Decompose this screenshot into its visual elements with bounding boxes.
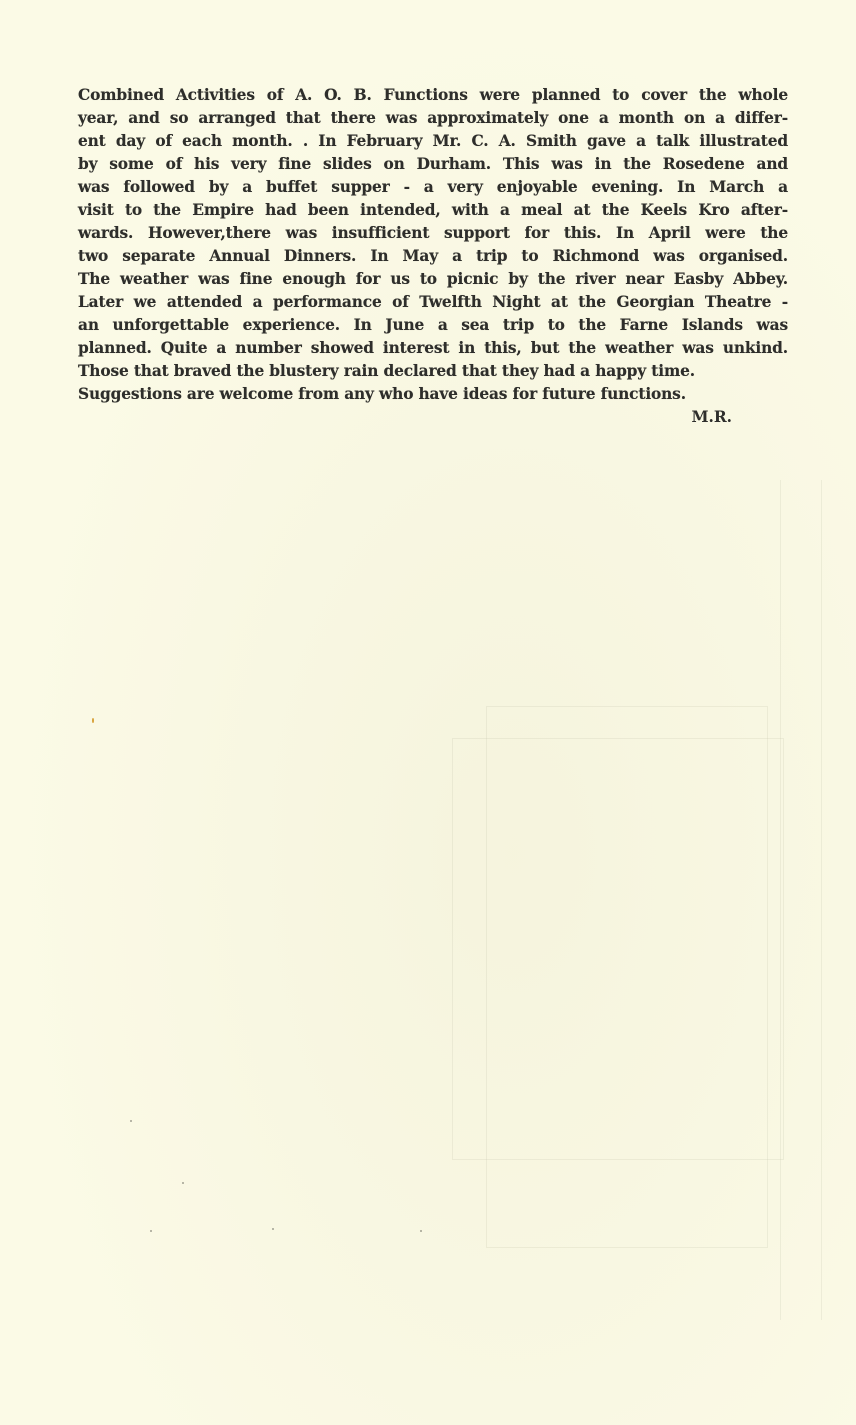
paragraph-line: Later we attended a performance of Twelf… bbox=[78, 291, 788, 314]
paragraph-line: Combined Activities of A. O. B. Function… bbox=[78, 84, 788, 107]
paragraph-line: visit to the Empire had been intended, w… bbox=[78, 199, 788, 222]
author-signature: M.R. bbox=[78, 406, 788, 429]
bleed-through-column bbox=[780, 480, 822, 1320]
paper-speck bbox=[130, 1120, 132, 1122]
paragraph-line: Suggestions are welcome from any who hav… bbox=[78, 383, 788, 406]
paragraph-line: The weather was fine enough for us to pi… bbox=[78, 268, 788, 291]
paper-speck bbox=[272, 1228, 274, 1230]
scanned-page: Combined Activities of A. O. B. Function… bbox=[0, 0, 856, 1425]
paper-speck bbox=[182, 1182, 184, 1184]
paragraph-line: Those that braved the blustery rain decl… bbox=[78, 360, 788, 383]
paragraph-line: by some of his very fine slides on Durha… bbox=[78, 153, 788, 176]
paper-speck bbox=[420, 1230, 422, 1232]
paragraph-line: an unforgettable experience. In June a s… bbox=[78, 314, 788, 337]
paragraph-line: year, and so arranged that there was app… bbox=[78, 107, 788, 130]
paragraph-line: two separate Annual Dinners. In May a tr… bbox=[78, 245, 788, 268]
paper-speck bbox=[150, 1230, 152, 1232]
paragraph-line: ent day of each month. . In February Mr.… bbox=[78, 130, 788, 153]
bleed-through-box bbox=[452, 738, 784, 1160]
article-body: Combined Activities of A. O. B. Function… bbox=[78, 84, 788, 429]
paper-speck bbox=[92, 718, 94, 723]
paragraph-line: was followed by a buffet supper - a very… bbox=[78, 176, 788, 199]
paragraph-line: planned. Quite a number showed interest … bbox=[78, 337, 788, 360]
paragraph-line: wards. However,there was insufficient su… bbox=[78, 222, 788, 245]
